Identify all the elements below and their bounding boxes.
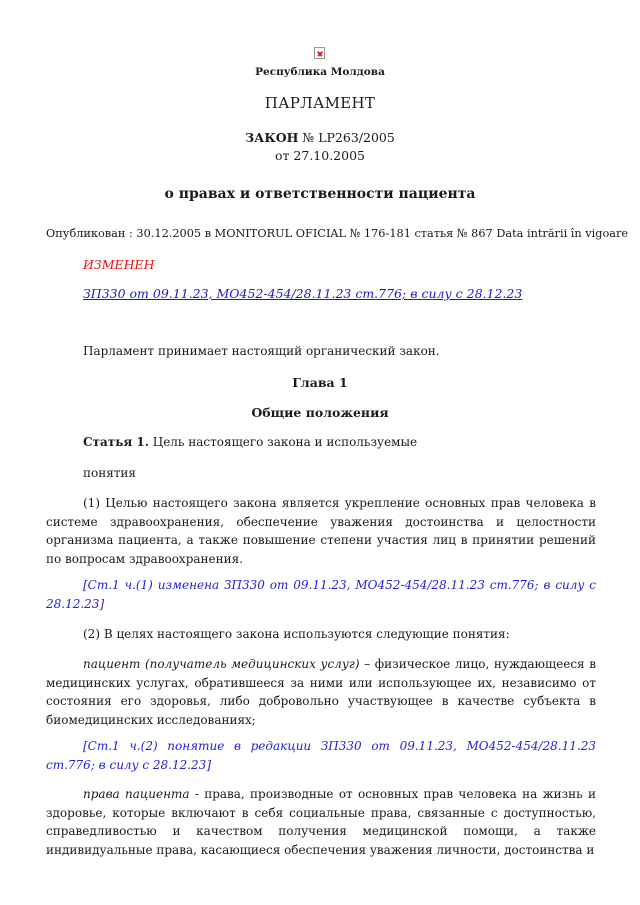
amendment-note-2: [Ст.1 ч.(2) понятие в редакции ЗП330 от … [46, 737, 596, 774]
term-patient-rights: права пациента [83, 787, 190, 801]
article-heading-continued: понятия [83, 466, 136, 480]
law-number: ЗАКОН № LP263/2005 [0, 130, 640, 145]
law-date: от 27.10.2005 [0, 148, 640, 163]
country-name: Республика Молдова [0, 66, 640, 78]
broken-image-icon [314, 47, 325, 59]
definition-patient-rights: права пациента - права, производные от о… [46, 785, 596, 859]
publication-info: Опубликован : 30.12.2005 в MONITORUL OFI… [46, 227, 606, 240]
law-number-value: № LP263/2005 [298, 130, 394, 145]
amendment-note-1: [Ст.1 ч.(1) изменена ЗП330 от 09.11.23, … [46, 576, 596, 613]
term-patient: пациент (получатель медицинских услуг) [83, 657, 360, 671]
chapter-number: Глава 1 [0, 375, 640, 390]
law-title: о правах и ответственности пациента [0, 186, 640, 202]
issuer-name: ПАРЛАМЕНТ [0, 94, 640, 112]
article-label: Статья 1. [83, 435, 149, 449]
intro-text: Парламент принимает настоящий органическ… [83, 344, 440, 358]
amendment-link[interactable]: ЗП330 от 09.11.23, MO452-454/28.11.23 ст… [83, 286, 522, 301]
chapter-title: Общие положения [0, 405, 640, 420]
paragraph-1: (1) Целью настоящего закона является укр… [46, 494, 596, 568]
paragraph-2: (2) В целях настоящего закона используют… [46, 625, 596, 644]
modified-status: ИЗМЕНЕН [83, 257, 155, 272]
law-label: ЗАКОН [245, 130, 298, 145]
article-title: Цель настоящего закона и используемые [149, 435, 417, 449]
definition-patient: пациент (получатель медицинских услуг) –… [46, 655, 596, 729]
article-heading: Статья 1. Цель настоящего закона и испол… [83, 435, 417, 449]
